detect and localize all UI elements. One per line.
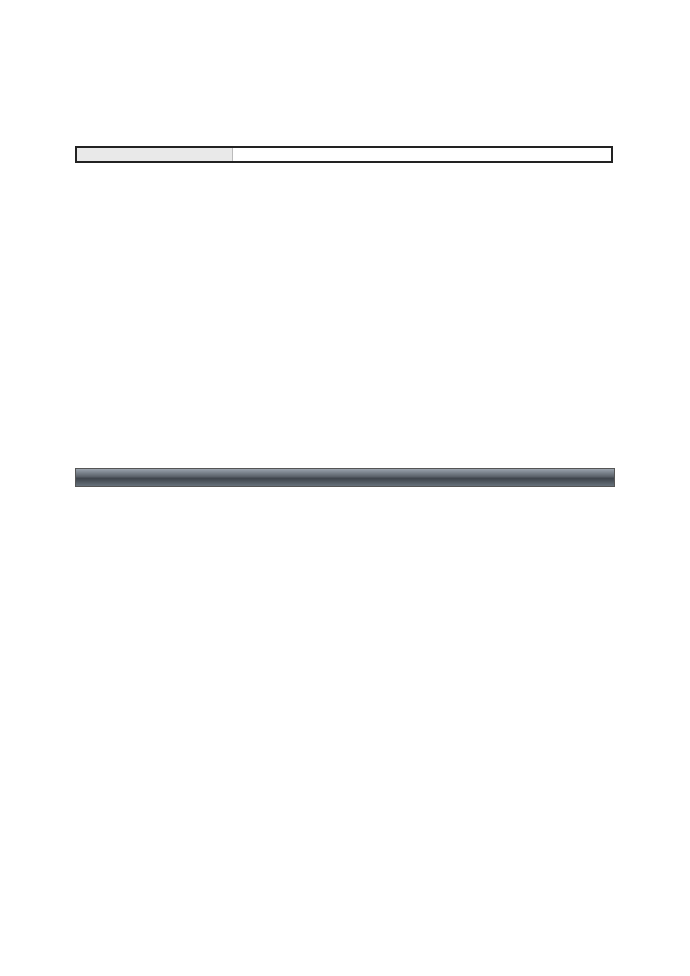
embs-table xyxy=(75,146,613,163)
table-row xyxy=(76,147,612,162)
embs-value xyxy=(233,147,613,162)
owners-heading xyxy=(75,468,615,487)
embs-label xyxy=(76,147,233,162)
